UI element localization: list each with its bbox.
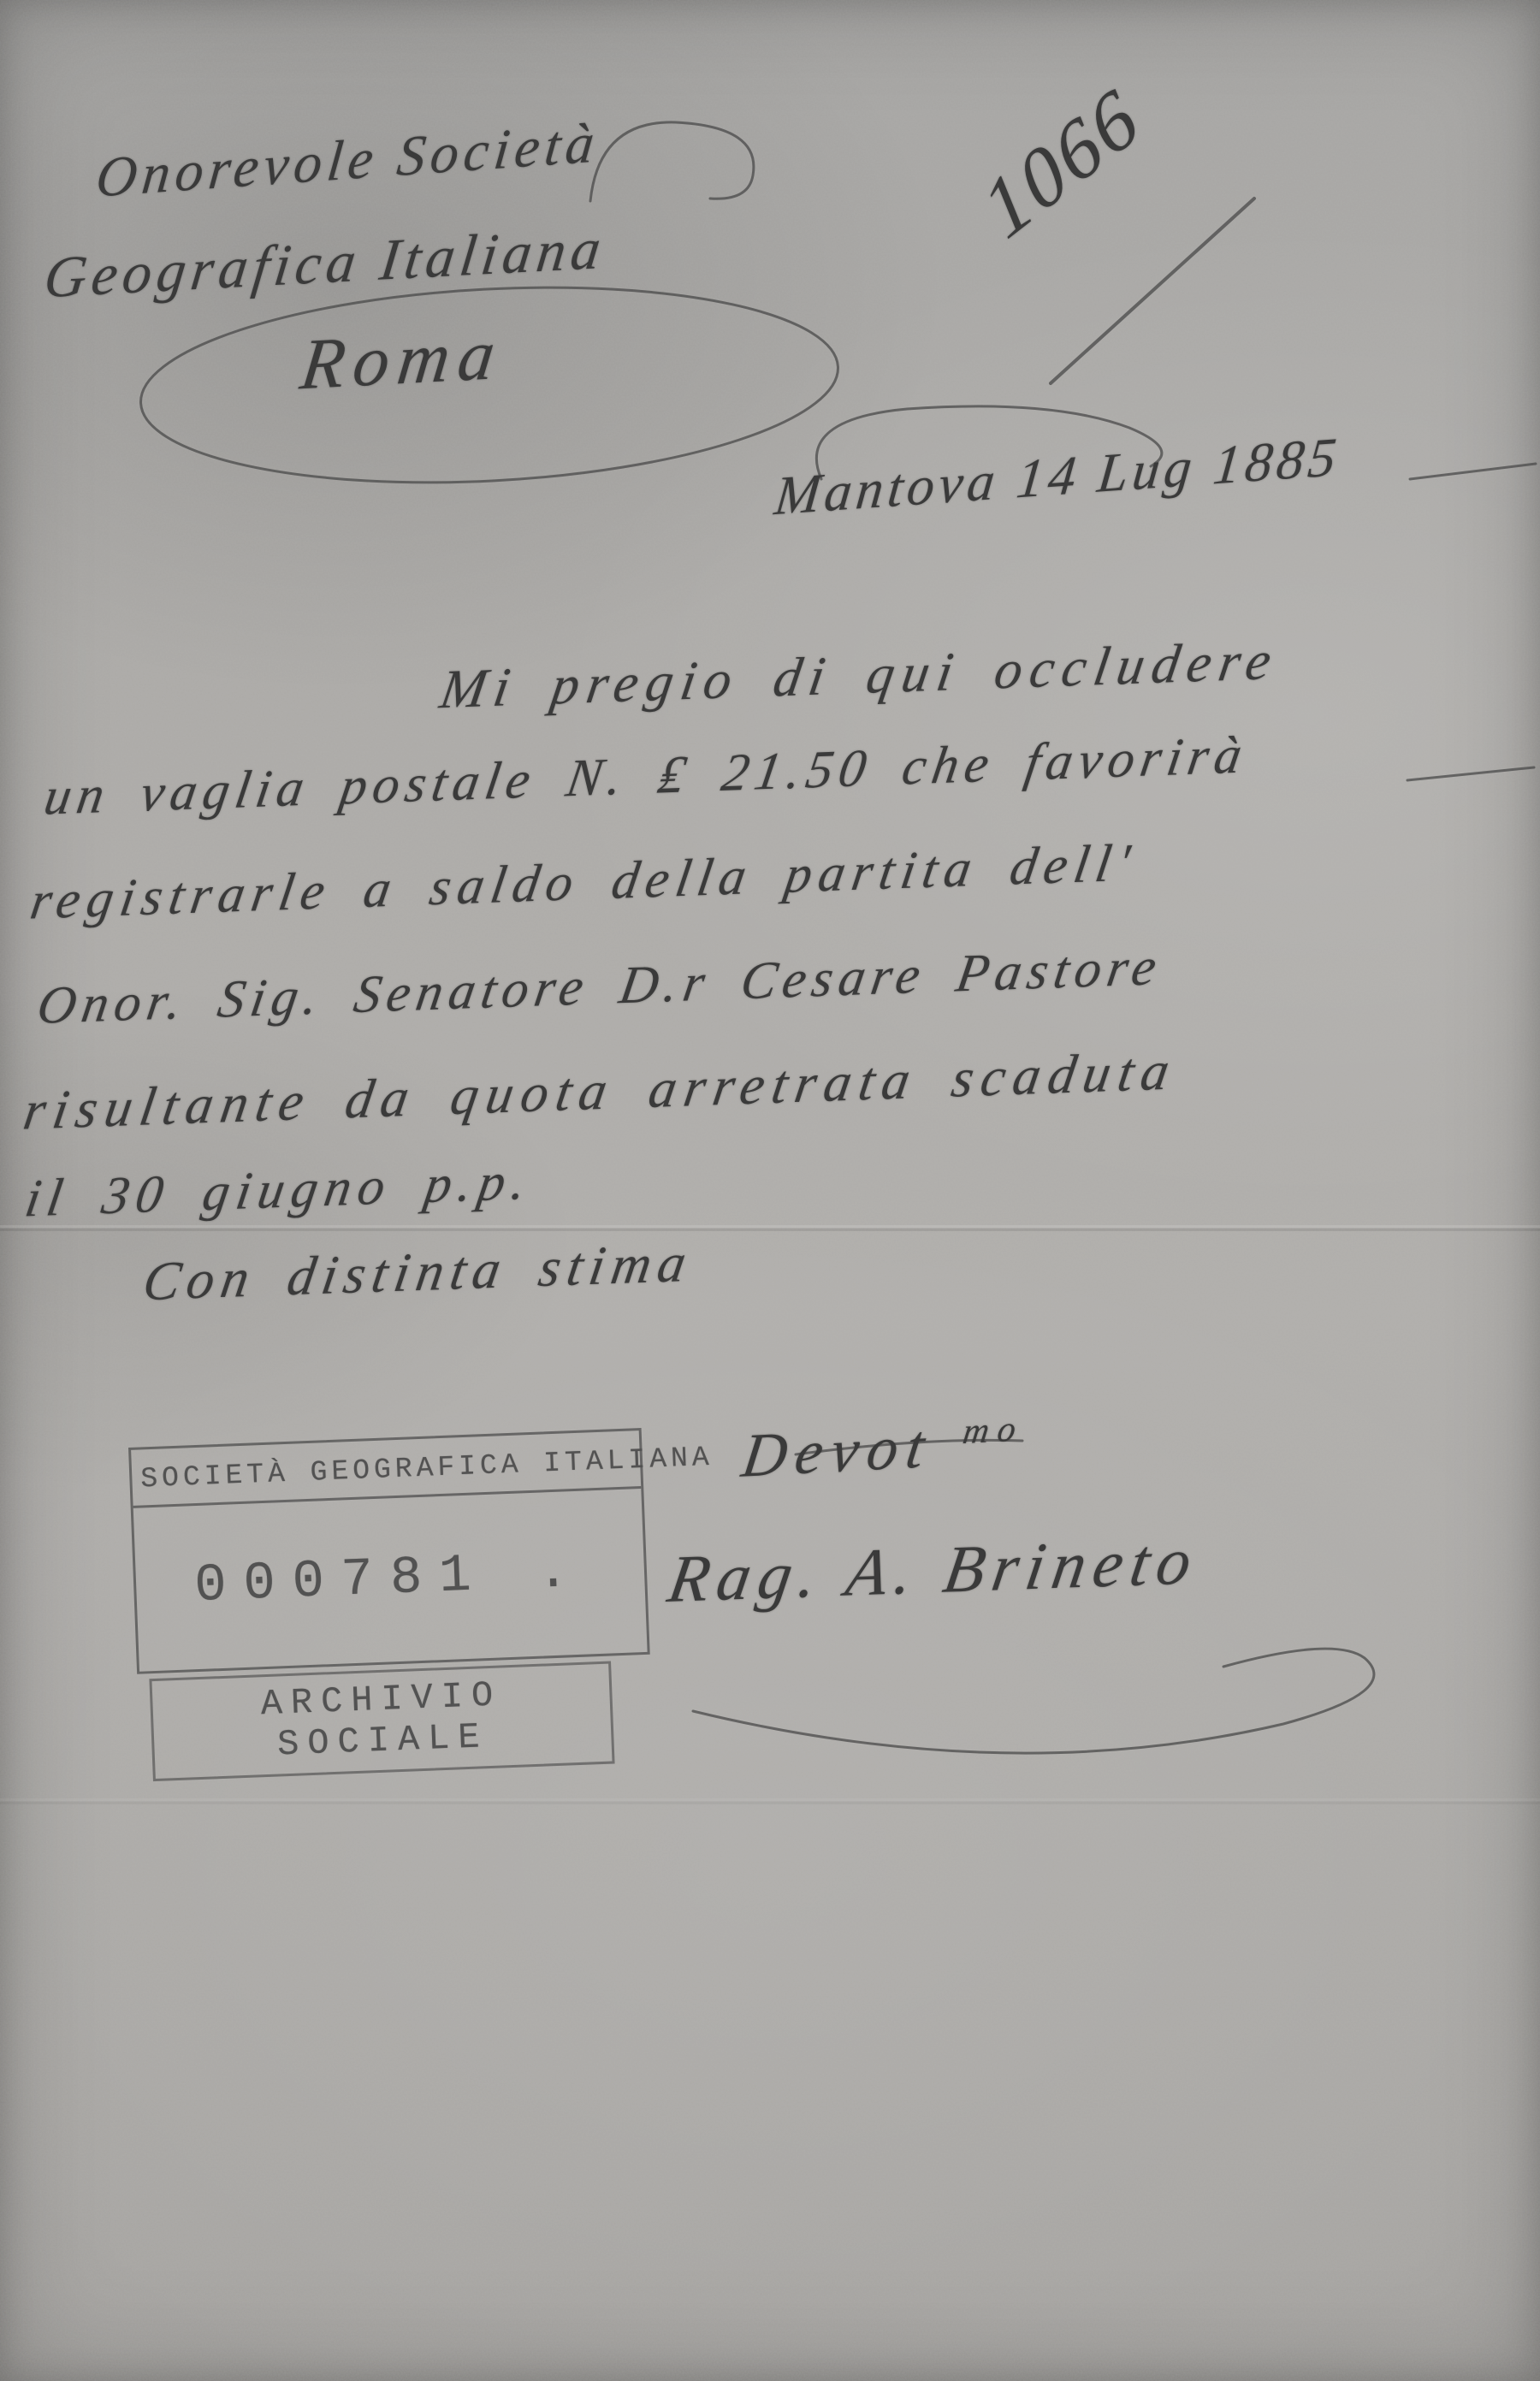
- line2-dash: [1407, 767, 1534, 780]
- refnum-slash: [1051, 198, 1254, 383]
- valediction: Devotmo: [737, 1406, 1028, 1492]
- recipient-city: Roma: [296, 312, 508, 406]
- archive-stamp-main-box: SOCIETÀ GEOGRAFICA ITALIANA 000781 .: [128, 1428, 650, 1674]
- recipient-line-1: Onorevole Società: [93, 110, 603, 211]
- signature-swoosh: [693, 1649, 1374, 1753]
- fold-crease: [0, 1798, 1540, 1804]
- body-line: un vaglia postale N. ₤ 21.50 che favorir…: [40, 725, 1253, 828]
- body-line: Mi pregio di qui occludere: [435, 629, 1283, 722]
- archive-stamp-number: 000781 .: [133, 1489, 648, 1672]
- archive-stamp: SOCIETÀ GEOGRAFICA ITALIANA 000781 . ARC…: [128, 1428, 654, 1782]
- fold-crease: [0, 1225, 1540, 1231]
- scanned-letter-page: Onorevole Società Geografica Italiana Ro…: [0, 0, 1540, 2381]
- recipient-line-2: Geografica Italiana: [41, 215, 610, 312]
- body-line: registrarle a saldo della partita dell': [27, 832, 1140, 933]
- body-line: Onor. Sig. Senatore D.r Cesare Pastore: [33, 937, 1167, 1037]
- valediction-superscript: mo: [961, 1409, 1028, 1452]
- dateline: Mantova 14 Lug 1885: [772, 425, 1343, 529]
- societa-flourish: [590, 122, 754, 201]
- protocol-number: 1066: [966, 67, 1157, 258]
- valediction-base: Devot: [738, 1412, 938, 1490]
- date-dash: [1410, 464, 1536, 479]
- archive-stamp-label: ARCHIVIO SOCIALE: [149, 1661, 614, 1782]
- body-line: il 30 giugno p.p.: [21, 1151, 537, 1229]
- closing-courtesy-line: Con distinta stima: [139, 1231, 697, 1314]
- body-line: risultante da quota arretrata scaduta: [20, 1039, 1182, 1142]
- signature: Rag. A. Brineto: [663, 1522, 1205, 1618]
